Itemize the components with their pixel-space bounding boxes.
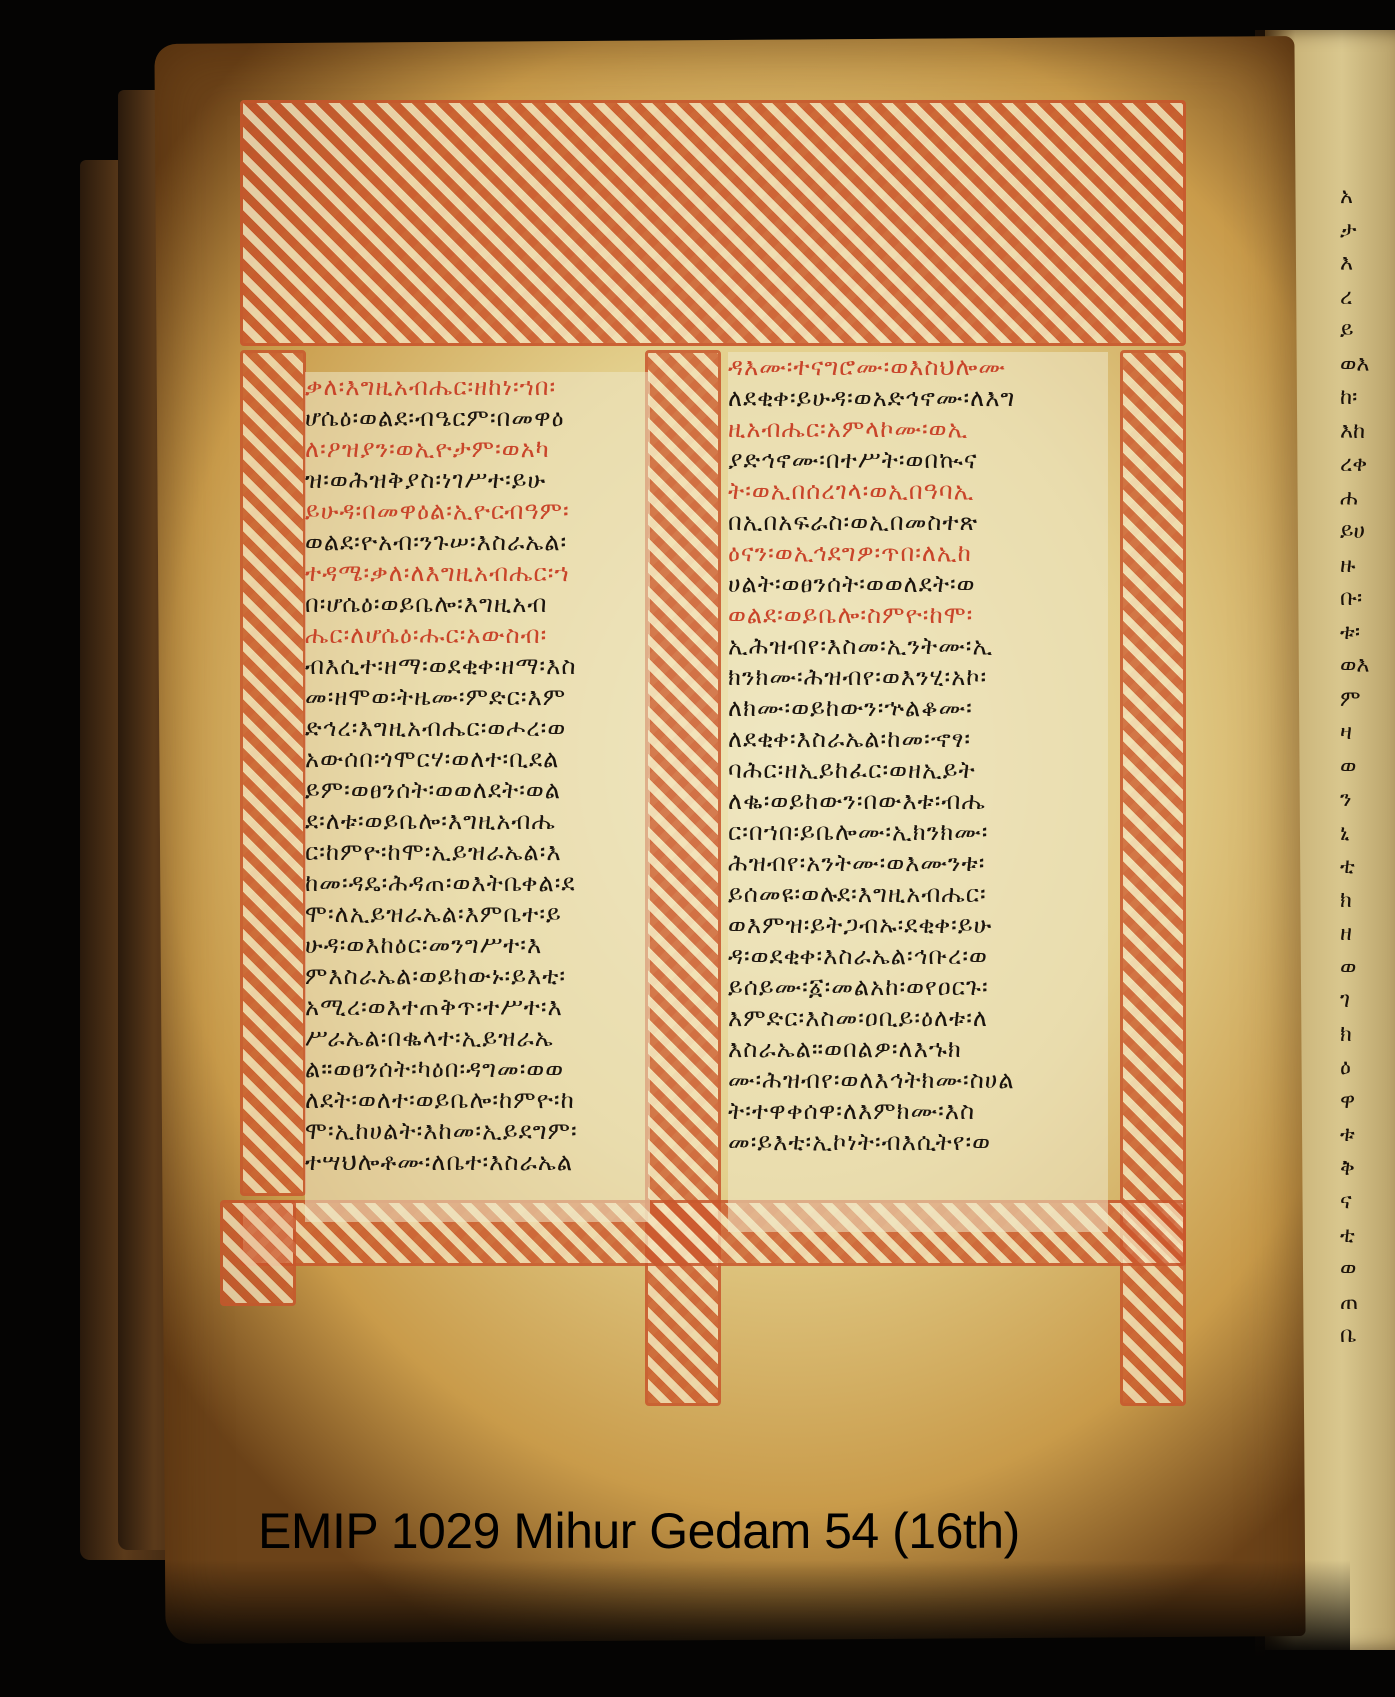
facing-page-line: ኒ xyxy=(1340,817,1395,851)
left-border-knotwork xyxy=(240,350,306,1196)
left-text-column: ቃለ፡እግዚአብሔር፡ዘከነ፡ኀበ፡ሆሴዕ፡ወልደ፡ብዔርም፡በመዋዕለ፡ዖዝያ… xyxy=(305,372,650,1222)
manuscript-line: ለ፡ዖዝያን፡ወኢዮታም፡ወአካ xyxy=(305,434,650,465)
manuscript-photo: አታእረይወእከ፡እከረቀሐይሀዙቡ፡ቱ፡ወእምዛወንኒቲክዘወገክዕዋቱቅናቲ… xyxy=(0,0,1395,1697)
manuscript-line: ብእሲተ፡ዘማ፡ወደቂቀ፡ዘማ፡እስ xyxy=(305,651,650,682)
shadow xyxy=(150,1560,1350,1697)
manuscript-line: ይሰይሙ፡፩፡መልአከ፡ወየዐርጉ፡ xyxy=(728,972,1108,1003)
manuscript-line: ሙ፡ሕዝብየ፡ወለእኅትክሙ፡ስሀል xyxy=(728,1065,1108,1096)
manuscript-line: ምእስራኤል፡ወይከውኑ፡ይእቲ፡ xyxy=(305,961,650,992)
manuscript-line: ሆሴዕ፡ወልደ፡ብዔርም፡በመዋዕ xyxy=(305,403,650,434)
facing-page-line: ከ፡ xyxy=(1340,381,1395,415)
manuscript-line: ክንክሙ፡ሕዝብየ፡ወእንሂ፡አኮ፡ xyxy=(728,662,1108,693)
manuscript-line: ዝ፡ወሕዝቅያስ፡ነገሥተ፡ይሁ xyxy=(305,465,650,496)
manuscript-line: ወእምዝ፡ይትጋብኡ፡ደቂቀ፡ይሁ xyxy=(728,910,1108,941)
manuscript-line: ት፡ወኢበሰረገላ፡ወኢበዓባኢ xyxy=(728,476,1108,507)
manuscript-line: ለደቂቀ፡ይሁዳ፡ወአድኅኖሙ፡ለእግ xyxy=(728,383,1108,414)
manuscript-line: ለክሙ፡ወይከውን፡ኍልቆሙ፡ xyxy=(728,693,1108,724)
facing-page-line: ቡ፡ xyxy=(1340,582,1395,616)
manuscript-line: ቃለ፡እግዚአብሔር፡ዘከነ፡ኀበ፡ xyxy=(305,372,650,403)
image-caption: EMIP 1029 Mihur Gedam 54 (16th) xyxy=(258,1502,1020,1560)
manuscript-line: ተዳሜ፡ቃለ፡ለእግዚአብሔር፡ኀ xyxy=(305,558,650,589)
facing-page-line: ቤ xyxy=(1340,1319,1395,1353)
facing-page-line: ዕ xyxy=(1340,1051,1395,1085)
manuscript-line: ኢሕዝብየ፡እስመ፡ኢንትሙ፡ኢ xyxy=(728,631,1108,662)
facing-page-line: ክ xyxy=(1340,1018,1395,1052)
facing-page-line: ወ xyxy=(1340,951,1395,985)
facing-page-line: ይ xyxy=(1340,314,1395,348)
facing-page-line: እከ xyxy=(1340,415,1395,449)
facing-page-line: ወ xyxy=(1340,1252,1395,1286)
manuscript-line: እምድር፡እስመ፡ዐቢይ፡ዕለቱ፡ለ xyxy=(728,1003,1108,1034)
facing-page-line: ን xyxy=(1340,783,1395,817)
manuscript-line: ር፡በኀበ፡ይቤሎሙ፡ኢክንክሙ፡ xyxy=(728,817,1108,848)
facing-page-line: ገ xyxy=(1340,984,1395,1018)
facing-page-line: ወእ xyxy=(1340,348,1395,382)
manuscript-line: ይሰመዩ፡ወሉደ፡እግዚአብሔር፡ xyxy=(728,879,1108,910)
facing-page-line: ቅ xyxy=(1340,1152,1395,1186)
facing-page-line: ቲ xyxy=(1340,850,1395,884)
facing-page-line: ወ xyxy=(1340,750,1395,784)
manuscript-line: ዳ፡ወደቂቀ፡እስራኤል፡ኅቡረ፡ወ xyxy=(728,941,1108,972)
facing-page-line: ረቀ xyxy=(1340,448,1395,482)
manuscript-line: ከመ፡ዳዴ፡ሕዳጠ፡ወእትቤቀል፡ደ xyxy=(305,868,650,899)
manuscript-line: ይሁዳ፡በመዋዕል፡ኢዮርብዓም፡ xyxy=(305,496,650,527)
manuscript-line: ሥራኤል፡በቈላተ፡ኢይዝራኤ xyxy=(305,1023,650,1054)
facing-page-line: ና xyxy=(1340,1185,1395,1219)
manuscript-line: ሞ፡ለኢይዝራኤል፡እምቤተ፡ይ xyxy=(305,899,650,930)
manuscript-line: ሁዳ፡ወእከዕር፡መንግሥተ፡እ xyxy=(305,930,650,961)
manuscript-line: አውሰበ፡ጎሞርሃ፡ወለተ፡ቢደል xyxy=(305,744,650,775)
manuscript-line: ሕዝብየ፡አንትሙ፡ወእሙንቱ፡ xyxy=(728,848,1108,879)
facing-page-line: ዛ xyxy=(1340,716,1395,750)
manuscript-line: እስራኤል።ወበልዎ፡ለእኁክ xyxy=(728,1034,1108,1065)
manuscript-line: ሞ፡ኢከሀልት፡እከመ፡ኢይደግም፡ xyxy=(305,1116,650,1147)
manuscript-line: ል።ወፀንሰት፡ካዕበ፡ዳግመ፡ወወ xyxy=(305,1054,650,1085)
facing-page-text: አታእረይወእከ፡እከረቀሐይሀዙቡ፡ቱ፡ወእምዛወንኒቲክዘወገክዕዋቱቅናቲ… xyxy=(1340,180,1395,1353)
manuscript-line: ባሕር፡ዘኢይከፈር፡ወዘኢይት xyxy=(728,755,1108,786)
manuscript-line: ር፡ከምዮ፡ከሞ፡ኢይዝራኤል፡እ xyxy=(305,837,650,868)
facing-page-line: አ xyxy=(1340,180,1395,214)
facing-page-line: ቱ፡ xyxy=(1340,616,1395,650)
manuscript-line: በ፡ሆሴዕ፡ወይቤሎ፡እግዚአብ xyxy=(305,589,650,620)
facing-page-line: ዘ xyxy=(1340,917,1395,951)
manuscript-line: ዳእሙ፡ተናግሮሙ፡ወእስህሎሙ xyxy=(728,352,1108,383)
manuscript-line: ተሣህሎቶሙ፡ለቤተ፡እስራኤል xyxy=(305,1147,650,1178)
headpiece-knotwork xyxy=(240,100,1186,346)
facing-page-line: እ xyxy=(1340,247,1395,281)
manuscript-line: በኢበአፍራስ፡ወኢበመስተጽ xyxy=(728,507,1108,538)
facing-page-line: ቱ xyxy=(1340,1118,1395,1152)
facing-page-line: ም xyxy=(1340,683,1395,717)
lower-left-pendant-knotwork xyxy=(220,1200,296,1306)
manuscript-line: ሀልት፡ወፀንሰት፡ወወለደት፡ወ xyxy=(728,569,1108,600)
manuscript-line: አሚረ፡ወእተጠቅጥ፡ተሥተ፡እ xyxy=(305,992,650,1023)
manuscript-line: ይም፡ወፀንሰት፡ወወለደት፡ወል xyxy=(305,775,650,806)
manuscript-line: ለደት፡ወለተ፡ወይቤሎ፡ከምዮ፡ከ xyxy=(305,1085,650,1116)
facing-page-line: ቲ xyxy=(1340,1219,1395,1253)
manuscript-line: ለቈ፡ወይከውን፡በውእቱ፡ብሔ xyxy=(728,786,1108,817)
manuscript-line: ት፡ተዋቀሰዋ፡ለእምክሙ፡እስ xyxy=(728,1096,1108,1127)
manuscript-line: ያድኅኖሙ፡በተሥት፡ወበኲና xyxy=(728,445,1108,476)
facing-page-line: ጠ xyxy=(1340,1286,1395,1320)
facing-page-line: ዙ xyxy=(1340,549,1395,583)
facing-page-line: ወእ xyxy=(1340,649,1395,683)
manuscript-line: መ፡ይእቲ፡ኢኮነት፡ብእሲትየ፡ወ xyxy=(728,1127,1108,1158)
manuscript-line: ደ፡ለቱ፡ወይቤሎ፡እግዚአብሔ xyxy=(305,806,650,837)
manuscript-line: ሔር፡ለሆሴዕ፡ሑር፡አውስብ፡ xyxy=(305,620,650,651)
manuscript-line: ለደቂቀ፡እስራኤል፡ከመ፡ኆፃ፡ xyxy=(728,724,1108,755)
facing-page-line: ረ xyxy=(1340,281,1395,315)
facing-page-line: ይሀ xyxy=(1340,515,1395,549)
right-text-column: ዳእሙ፡ተናግሮሙ፡ወእስህሎሙለደቂቀ፡ይሁዳ፡ወአድኅኖሙ፡ለእግዚአብሔር… xyxy=(728,352,1108,1232)
facing-page-line: ታ xyxy=(1340,214,1395,248)
manuscript-line: ወልደ፡ዮአብ፡ንጉሠ፡እስራኤል፡ xyxy=(305,527,650,558)
facing-page-line: ዋ xyxy=(1340,1085,1395,1119)
manuscript-line: ዚአብሔር፡አምላኮሙ፡ወኢ xyxy=(728,414,1108,445)
facing-page-line: ክ xyxy=(1340,884,1395,918)
facing-page-line: ሐ xyxy=(1340,482,1395,516)
manuscript-line: መ፡ዘሞወ፡ትዜሙ፡ምድር፡እም xyxy=(305,682,650,713)
manuscript-line: ወልደ፡ወይቤሎ፡ስምዮ፡ከሞ፡ xyxy=(728,600,1108,631)
manuscript-line: ድኅረ፡እግዚአብሔር፡ወሖረ፡ወ xyxy=(305,713,650,744)
manuscript-line: ዕናን፡ወኢኅደግዎ፡ጥበ፡ለኢከ xyxy=(728,538,1108,569)
